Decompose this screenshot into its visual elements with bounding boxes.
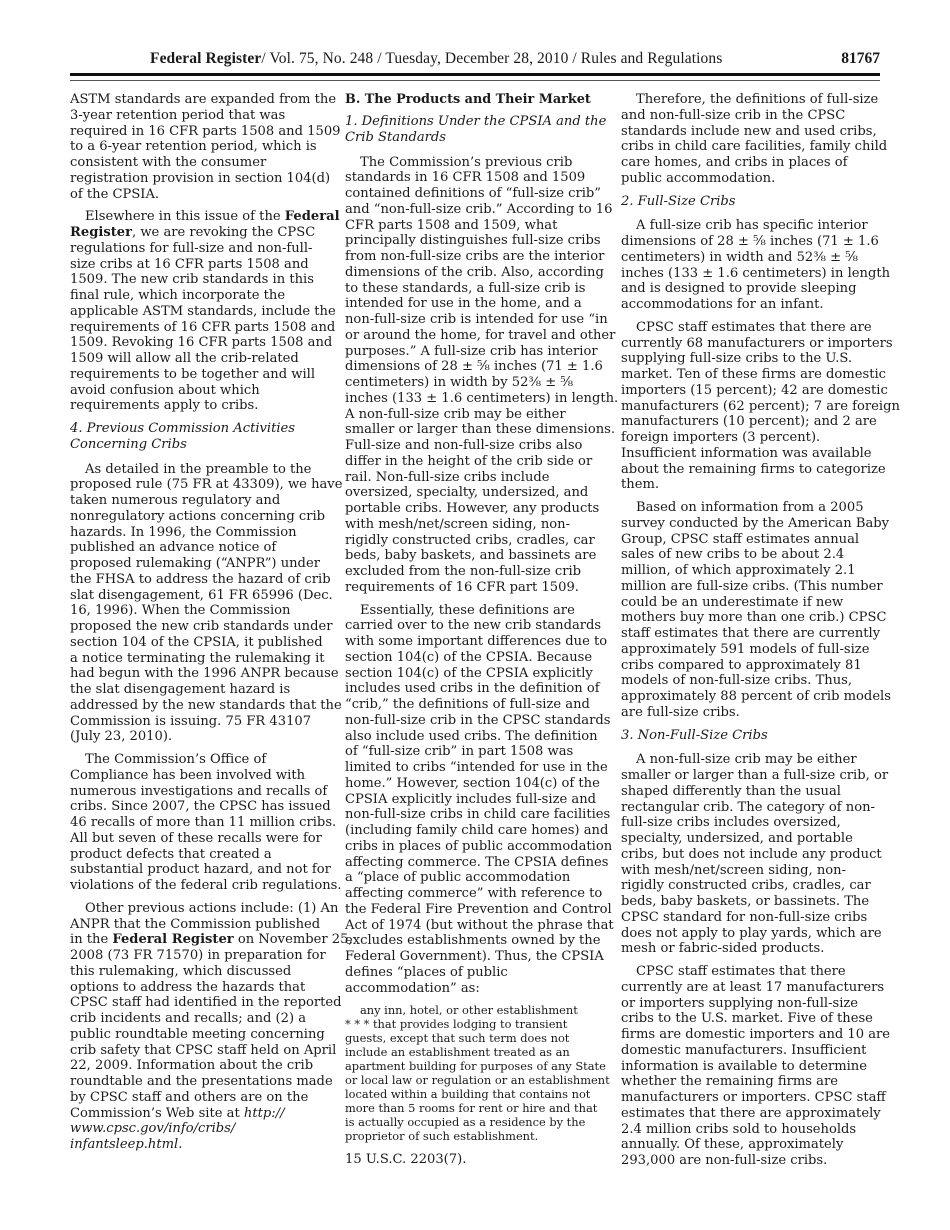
text-line: and non-full-size crib in the CPSC — [621, 108, 889, 124]
paragraph: CPSC staff estimates that there arecurre… — [621, 320, 889, 493]
text-line: cribs in child care facilities, family c… — [621, 139, 889, 155]
text-line: domestic manufacturers. Insufficient — [621, 1043, 889, 1059]
section-heading: 1. Definitions Under the CPSIA and theCr… — [345, 114, 613, 146]
text-line: intended for use in the home, and a — [345, 296, 613, 312]
text-line: non-full-size crib in the CPSC standards — [345, 713, 613, 729]
text-line: apartment building for purposes of any S… — [345, 1059, 613, 1073]
text-line: whether the remaining firms are — [621, 1074, 889, 1090]
text-line: foreign importers (3 percent). — [621, 430, 889, 446]
paragraph: Other previous actions include: (1) AnAN… — [70, 901, 338, 1153]
text-line: ANPR that the Commission published — [70, 917, 338, 933]
text-line: manufacturers or importers. CPSC staff — [621, 1090, 889, 1106]
text-line: approximately 591 models of full-size — [621, 642, 889, 658]
text-line: infantsleep.html. — [70, 1137, 338, 1153]
text-line: 3-year retention period that was — [70, 108, 338, 124]
text-line: crib safety that CPSC staff held on Apri… — [70, 1043, 338, 1059]
citation: 15 U.S.C. 2203(7). — [345, 1152, 613, 1168]
text-line: smaller or larger than a full-size crib,… — [621, 768, 889, 784]
text-line: from non-full-size cribs are the interio… — [345, 249, 613, 265]
text-line: section 104(c) of the CPSIA explicitly — [345, 666, 613, 682]
text-line: applicable ASTM standards, include the — [70, 304, 338, 320]
text-line: is actually occupied as a residence by t… — [345, 1115, 613, 1129]
text-line: section 104 of the CPSIA, it published — [70, 635, 338, 651]
text-line: Essentially, these definitions are — [345, 603, 613, 619]
text-line: market. Ten of these firms are domestic — [621, 367, 889, 383]
text-line: rigidly constructed cribs, cradles, car — [621, 878, 889, 894]
text-line: public accommodation. — [621, 171, 889, 187]
text-line: care homes, and cribs in places of — [621, 155, 889, 171]
text-line: defines “places of public — [345, 965, 613, 981]
text-line: importers (15 percent); 42 are domestic — [621, 383, 889, 399]
text-line: CPSIA explicitly includes full-size and — [345, 792, 613, 808]
text-line: contained definitions of “full-size crib… — [345, 186, 613, 202]
text-line: shaped differently than the usual — [621, 784, 889, 800]
text-line: Commission’s Web site at http:// — [70, 1106, 338, 1122]
text-line: standards in 16 CFR 1508 and 1509 — [345, 170, 613, 186]
text-line: size cribs at 16 CFR parts 1508 and — [70, 257, 338, 273]
text-line: rigidly constructed cribs, cradles, car — [345, 533, 613, 549]
text-line: Insufficient information was available — [621, 446, 889, 462]
text-line: registration provision in section 104(d) — [70, 171, 338, 187]
text-line: violations of the federal crib regulatio… — [70, 878, 338, 894]
text-line: sales of new cribs to be about 2.4 — [621, 547, 889, 563]
section-heading: B. The Products and Their Market — [345, 92, 613, 108]
text-line: CPSC standard for non-full-size cribs — [621, 910, 889, 926]
text-line: firms are domestic importers and 10 are — [621, 1027, 889, 1043]
text-line: section 104(c) of the CPSIA. Because — [345, 650, 613, 666]
paragraph: A non-full-size crib may be eithersmalle… — [621, 752, 889, 957]
text-line: proprietor of such establishment. — [345, 1129, 613, 1143]
text-line: limited to cribs “intended for use in th… — [345, 760, 613, 776]
text-line: public roundtable meeting concerning — [70, 1027, 338, 1043]
text-line: manufacturers (62 percent); 7 are foreig… — [621, 399, 889, 415]
text-line: oversized, specialty, undersized, and — [345, 485, 613, 501]
header-rule-thick — [70, 73, 880, 76]
text-line: 1509. Revoking 16 CFR parts 1508 and — [70, 335, 338, 351]
text-line: Elsewhere in this issue of the Federal — [70, 209, 338, 225]
text-line: roundtable and the presentations made — [70, 1074, 338, 1090]
text-line: ASTM standards are expanded from the — [70, 92, 338, 108]
text-line: non-full-size cribs in child care facili… — [345, 807, 613, 823]
text-line: currently 68 manufacturers or importers — [621, 336, 889, 352]
running-header: Federal Register/ Vol. 75, No. 248 / Tue… — [70, 48, 880, 70]
text-line: Full-size and non-full-size cribs also — [345, 438, 613, 454]
text-line: affecting commerce” with reference to — [345, 886, 613, 902]
text-line: models of non-full-size cribs. Thus, — [621, 673, 889, 689]
text-line: or local law or regulation or an establi… — [345, 1073, 613, 1087]
text-line: product defects that created a — [70, 847, 338, 863]
text-line: taken numerous regulatory and — [70, 493, 338, 509]
paragraph: Based on information from a 2005survey c… — [621, 500, 889, 721]
text-line: and is designed to provide sleeping — [621, 281, 889, 297]
header-rule-thin — [70, 80, 880, 81]
text-line: estimates that there are approximately — [621, 1106, 889, 1122]
text-line: beds, baby baskets, or bassinets. The — [621, 894, 889, 910]
paragraph: Therefore, the definitions of full-sizea… — [621, 92, 889, 187]
text-line: include an establishment treated as an — [345, 1045, 613, 1059]
text-line: 46 recalls of more than 11 million cribs… — [70, 815, 338, 831]
text-line: information is available to determine — [621, 1059, 889, 1075]
text-line: 2008 (73 FR 71570) in preparation for — [70, 948, 338, 964]
paragraph: The Commission’s previous cribstandards … — [345, 155, 613, 596]
text-line: requirements to be together and will — [70, 367, 338, 383]
text-line: B. The Products and Their Market — [345, 92, 613, 108]
text-line: the FHSA to address the hazard of crib — [70, 572, 338, 588]
text-line: Act of 1974 (but without the phrase that — [345, 918, 613, 934]
text-line: any inn, hotel, or other establishment — [345, 1003, 613, 1017]
text-line: CFR parts 1508 and 1509, what — [345, 218, 613, 234]
text-line: Based on information from a 2005 — [621, 500, 889, 516]
text-line: 3. Non-Full-Size Cribs — [621, 728, 889, 744]
text-line: supplying full-size cribs to the U.S. — [621, 351, 889, 367]
text-line: Commission is issuing. 75 FR 43107 — [70, 714, 338, 730]
text-line: in the Federal Register on November 25, — [70, 932, 338, 948]
text-line: principally distinguishes full-size crib… — [345, 233, 613, 249]
text-line: The Commission’s Office of — [70, 752, 338, 768]
header-title: Federal Register/ Vol. 75, No. 248 / Tue… — [150, 50, 722, 68]
text-line: survey conducted by the American Baby — [621, 516, 889, 532]
text-line: accommodations for an infant. — [621, 297, 889, 313]
text-line: non-full-size crib is intended for use “… — [345, 312, 613, 328]
text-line: the slat disengagement hazard is — [70, 682, 338, 698]
text-line: cribs in places of public accommodation — [345, 839, 613, 855]
section-heading: 3. Non-Full-Size Cribs — [621, 728, 889, 744]
text-line: All but seven of these recalls were for — [70, 831, 338, 847]
text-line: a “place of public accommodation — [345, 870, 613, 886]
text-line: A full-size crib has specific interior — [621, 218, 889, 234]
text-line: or around the home, for travel and other — [345, 328, 613, 344]
text-line: 22, 2009. Information about the crib — [70, 1058, 338, 1074]
text-line: 4. Previous Commission Activities — [70, 421, 338, 437]
column-3: Therefore, the definitions of full-sizea… — [621, 92, 889, 1176]
text-line: 1509 will allow all the crib-related — [70, 351, 338, 367]
text-line: mesh or fabric-sided products. — [621, 941, 889, 957]
text-line: Therefore, the definitions of full-size — [621, 92, 889, 108]
block-quote: any inn, hotel, or other establishment* … — [345, 1003, 613, 1143]
text-line: differ in the height of the crib side or — [345, 454, 613, 470]
text-line: includes used cribs in the definition of — [345, 681, 613, 697]
text-line: nonregulatory actions concerning crib — [70, 509, 338, 525]
text-line: * * * that provides lodging to transient — [345, 1017, 613, 1031]
text-line: The Commission’s previous crib — [345, 155, 613, 171]
section-heading: 4. Previous Commission ActivitiesConcern… — [70, 421, 338, 453]
text-line: guests, except that such term does not — [345, 1031, 613, 1045]
paragraph: Essentially, these definitions arecarrie… — [345, 603, 613, 997]
text-line: portable cribs. However, any products — [345, 501, 613, 517]
text-line: requirements apply to cribs. — [70, 398, 338, 414]
text-line: Other previous actions include: (1) An — [70, 901, 338, 917]
text-line: proposed the new crib standards under — [70, 619, 338, 635]
text-line: Concerning Cribs — [70, 437, 338, 453]
text-line: Compliance has been involved with — [70, 768, 338, 784]
text-line: numerous investigations and recalls of — [70, 784, 338, 800]
text-line: proposed rule (75 FR at 43309), we have — [70, 477, 338, 493]
text-line: options to address the hazards that — [70, 980, 338, 996]
text-line: cribs to the U.S. market. Five of these — [621, 1011, 889, 1027]
page-number: 81767 — [841, 50, 880, 68]
text-line: annually. Of these, approximately — [621, 1137, 889, 1153]
text-line: home.” However, section 104(c) of the — [345, 776, 613, 792]
text-line: required in 16 CFR parts 1508 and 1509 — [70, 124, 338, 140]
text-line: dimensions of 28 ± ⅝ inches (71 ± 1.6 — [621, 234, 889, 250]
text-line: published an advance notice of — [70, 540, 338, 556]
text-line: million are full-size cribs. (This numbe… — [621, 579, 889, 595]
text-line: a notice terminating the rulemaking it — [70, 651, 338, 667]
text-line: with mesh/net/screen siding, non- — [345, 517, 613, 533]
text-line: cribs compared to approximately 81 — [621, 658, 889, 674]
text-line: excludes establishments owned by the — [345, 933, 613, 949]
text-line: approximately 88 percent of crib models — [621, 689, 889, 705]
paragraph: ASTM standards are expanded from the3-ye… — [70, 92, 338, 202]
text-line: requirements of 16 CFR part 1509. — [345, 580, 613, 596]
text-line: proposed rulemaking (“ANPR”) under — [70, 556, 338, 572]
publication-name: Federal Register — [150, 50, 261, 67]
text-line: 2.4 million cribs sold to households — [621, 1122, 889, 1138]
text-line: A non-full-size crib may be either — [345, 407, 613, 423]
text-line: dimensions of 28 ± ⅝ inches (71 ± 1.6 — [345, 359, 613, 375]
text-line: www.cpsc.gov/info/cribs/ — [70, 1121, 338, 1137]
text-line: excluded from the non-full-size crib — [345, 564, 613, 580]
paragraph: A full-size crib has specific interiordi… — [621, 218, 889, 313]
text-line: addressed by the new standards that the — [70, 698, 338, 714]
text-line: 1. Definitions Under the CPSIA and the — [345, 114, 613, 130]
text-line: with mesh/net/screen siding, non- — [621, 863, 889, 879]
paragraph: The Commission’s Office ofCompliance has… — [70, 752, 338, 894]
text-line: inches (133 ± 1.6 centimeters) in length — [621, 266, 889, 282]
text-line: smaller or larger than these dimensions. — [345, 422, 613, 438]
text-line: CPSC staff estimates that there are — [621, 320, 889, 336]
text-line: to a 6-year retention period, which is — [70, 139, 338, 155]
text-line: slat disengagement, 61 FR 65996 (Dec. — [70, 588, 338, 604]
text-line: final rule, which incorporate the — [70, 288, 338, 304]
text-line: manufacturers (10 percent); and 2 are — [621, 414, 889, 430]
text-line: 15 U.S.C. 2203(7). — [345, 1152, 613, 1168]
text-line: staff estimates that there are currently — [621, 626, 889, 642]
paragraph: As detailed in the preamble to thepropos… — [70, 462, 338, 746]
text-line: of the CPSIA. — [70, 187, 338, 203]
text-line: currently are at least 17 manufacturers — [621, 980, 889, 996]
text-line: the Federal Fire Prevention and Control — [345, 902, 613, 918]
text-line: purposes.” A full-size crib has interior — [345, 344, 613, 360]
text-line: with some important differences due to — [345, 634, 613, 650]
text-line: avoid confusion about which — [70, 383, 338, 399]
text-line: and “non-full-size crib.” According to 1… — [345, 202, 613, 218]
text-line: 293,000 are non-full-size cribs. — [621, 1153, 889, 1169]
text-line: million, of which approximately 2.1 — [621, 563, 889, 579]
text-line: cribs. Since 2007, the CPSC has issued — [70, 799, 338, 815]
text-line: does not apply to play yards, which are — [621, 926, 889, 942]
text-line: to these standards, a full-size crib is — [345, 281, 613, 297]
text-line: them. — [621, 477, 889, 493]
text-line: rectangular crib. The category of non- — [621, 800, 889, 816]
text-line: this rulemaking, which discussed — [70, 964, 338, 980]
text-line: 16, 1996). When the Commission — [70, 603, 338, 619]
text-line: requirements of 16 CFR parts 1508 and — [70, 320, 338, 336]
text-line: standards include new and used cribs, — [621, 124, 889, 140]
text-line: by CPSC staff and others are on the — [70, 1090, 338, 1106]
text-line: “crib,” the definitions of full-size and — [345, 697, 613, 713]
text-line: Federal Government). Thus, the CPSIA — [345, 949, 613, 965]
text-line: mothers buy more than one crib.) CPSC — [621, 610, 889, 626]
text-line: Group, CPSC staff estimates annual — [621, 532, 889, 548]
text-line: hazards. In 1996, the Commission — [70, 525, 338, 541]
text-line: beds, baby baskets, and bassinets are — [345, 548, 613, 564]
text-line: (including family child care homes) and — [345, 823, 613, 839]
column-2: B. The Products and Their Market1. Defin… — [345, 92, 613, 1168]
text-line: CPSC staff had identified in the reporte… — [70, 995, 338, 1011]
text-line: CPSC staff estimates that there — [621, 964, 889, 980]
text-line: regulations for full-size and non-full- — [70, 241, 338, 257]
text-line: rail. Non-full-size cribs include — [345, 470, 613, 486]
text-line: affecting commerce. The CPSIA defines — [345, 855, 613, 871]
text-line: substantial product hazard, and not for — [70, 862, 338, 878]
text-line: consistent with the consumer — [70, 155, 338, 171]
paragraph: Elsewhere in this issue of the FederalRe… — [70, 209, 338, 414]
text-line: full-size cribs includes oversized, — [621, 815, 889, 831]
section-heading: 2. Full-Size Cribs — [621, 194, 889, 210]
text-line: accommodation” as: — [345, 981, 613, 997]
text-line: As detailed in the preamble to the — [70, 462, 338, 478]
column-1: ASTM standards are expanded from the3-ye… — [70, 92, 338, 1160]
text-line: about the remaining firms to categorize — [621, 462, 889, 478]
text-line: (July 23, 2010). — [70, 729, 338, 745]
text-line: cribs, but does not include any product — [621, 847, 889, 863]
text-line: specialty, undersized, and portable — [621, 831, 889, 847]
text-line: dimensions of the crib. Also, according — [345, 265, 613, 281]
paragraph: CPSC staff estimates that therecurrently… — [621, 964, 889, 1169]
text-line: are full-size cribs. — [621, 705, 889, 721]
text-line: 2. Full-Size Cribs — [621, 194, 889, 210]
text-line: Crib Standards — [345, 130, 613, 146]
text-line: also include used cribs. The definition — [345, 729, 613, 745]
text-line: crib incidents and recalls; and (2) a — [70, 1011, 338, 1027]
text-line: more than 5 rooms for rent or hire and t… — [345, 1101, 613, 1115]
text-line: or importers supplying non-full-size — [621, 996, 889, 1012]
text-line: inches (133 ± 1.6 centimeters) in length… — [345, 391, 613, 407]
text-line: located within a building that contains … — [345, 1087, 613, 1101]
text-line: 1509. The new crib standards in this — [70, 272, 338, 288]
issue-details: / Vol. 75, No. 248 / Tuesday, December 2… — [261, 50, 722, 67]
text-line: centimeters) in width and 52⅜ ± ⅝ — [621, 250, 889, 266]
text-line: A non-full-size crib may be either — [621, 752, 889, 768]
text-line: could be an underestimate if new — [621, 595, 889, 611]
text-line: Register, we are revoking the CPSC — [70, 225, 338, 241]
text-line: carried over to the new crib standards — [345, 618, 613, 634]
text-line: had begun with the 1996 ANPR because — [70, 666, 338, 682]
text-line: of “full-size crib” in part 1508 was — [345, 744, 613, 760]
text-line: centimeters) in width by 52⅜ ± ⅝ — [345, 375, 613, 391]
